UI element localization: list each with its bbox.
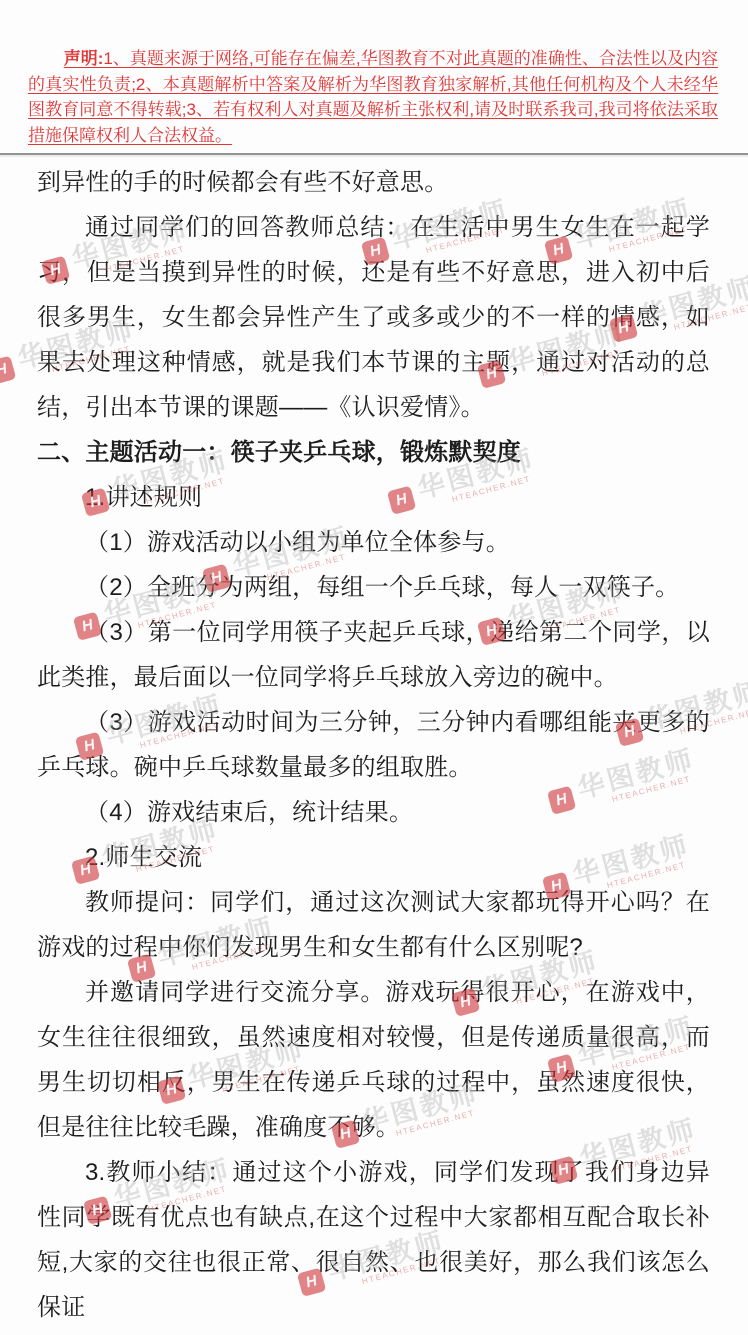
disclaimer: 声明:1、真题来源于网络,可能存在偏差,华图教育不对此真题的准确性、合法性以及内… [0, 0, 748, 151]
paragraph: 到异性的手的时候都会有些不好意思。 [37, 160, 710, 205]
paragraph: （4）游戏结束后，统计结果。 [37, 790, 710, 835]
paragraph: 3.教师小结：通过这个小游戏，同学们发现了我们身边异性同学既有优点也有缺点,在这… [37, 1150, 710, 1330]
disclaimer-text: 1、真题来源于网络,可能存在偏差,华图教育不对此真题的准确性、合法性以及内容的真… [28, 49, 718, 145]
disclaimer-label: 声明: [64, 49, 104, 68]
document-body: 到异性的手的时候都会有些不好意思。通过同学们的回答教师总结：在生活中男生女生在一… [0, 155, 748, 1330]
paragraph: （1）游戏活动以小组为单位全体参与。 [37, 520, 710, 565]
paragraph: 2.师生交流 [37, 835, 710, 880]
paragraph: 通过同学们的回答教师总结：在生活中男生女生在一起学习，但是当摸到异性的时候，还是… [37, 205, 710, 430]
section-heading: 二、主题活动一：筷子夹乒乓球，锻炼默契度 [37, 430, 710, 475]
document-page: 声明:1、真题来源于网络,可能存在偏差,华图教育不对此真题的准确性、合法性以及内… [0, 0, 748, 1335]
paragraph: （3）第一位同学用筷子夹起乒乓球，递给第二个同学，以此类推，最后面以一位同学将乒… [37, 610, 710, 700]
paragraph: （2）全班分为两组，每组一个乒乓球，每人一双筷子。 [37, 565, 710, 610]
paragraph: 并邀请同学进行交流分享。游戏玩得很开心，在游戏中，女生往往很细致，虽然速度相对较… [37, 970, 710, 1150]
paragraph: 教师提问：同学们，通过这次测试大家都玩得开心吗？在游戏的过程中你们发现男生和女生… [37, 880, 710, 970]
paragraph: （3）游戏活动时间为三分钟，三分钟内看哪组能夹更多的乒乓球。碗中乒乓球数量最多的… [37, 700, 710, 790]
paragraph: 1.讲述规则 [37, 475, 710, 520]
